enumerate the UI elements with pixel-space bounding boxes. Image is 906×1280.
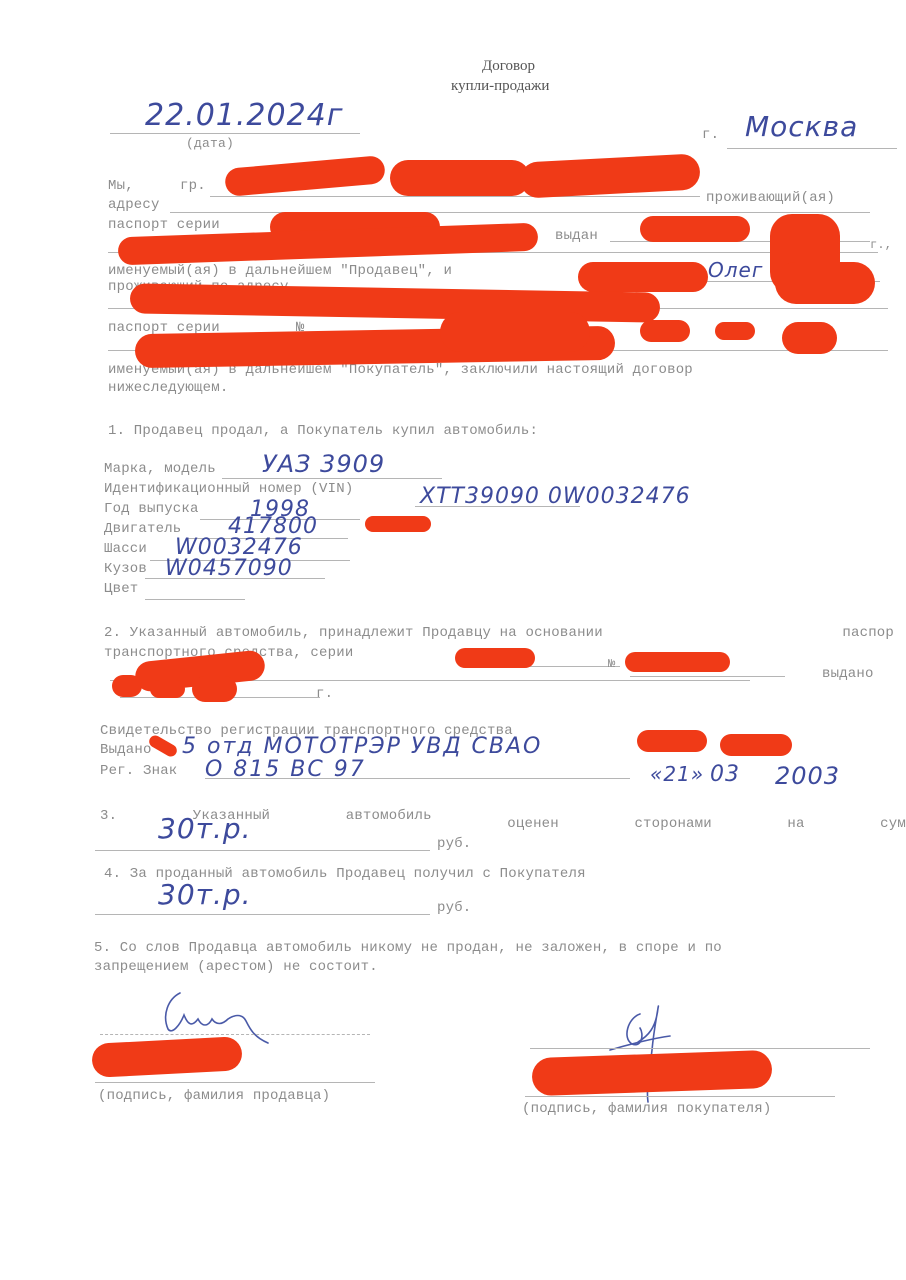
- redaction-mark: [519, 153, 701, 198]
- pts-issued-label: выдано: [822, 666, 874, 682]
- redaction-mark: [440, 312, 590, 352]
- we-label: Мы,: [108, 178, 134, 194]
- date-label: (дата): [186, 136, 234, 151]
- section3-word: сум: [880, 816, 906, 832]
- plate-label: Рег. Знак: [100, 763, 177, 779]
- seller-signature-label: (подпись, фамилия продавца): [98, 1088, 330, 1104]
- make-model-value: УАЗ 3909: [262, 450, 385, 478]
- buyer-signature-label: (подпись, фамилия покупателя): [522, 1101, 771, 1117]
- passport-series-label: паспорт серии: [108, 217, 220, 233]
- pts-year-suffix: г.: [316, 686, 333, 702]
- chassis-label: Шасси: [104, 541, 147, 557]
- year-label: Год выпуска: [104, 501, 199, 517]
- body-label: Кузов: [104, 561, 147, 577]
- redaction-mark: [390, 160, 530, 196]
- seller-address-line: [170, 212, 870, 213]
- buyer-name-line: [525, 1096, 835, 1097]
- date-underline: [110, 133, 360, 134]
- city-underline: [727, 148, 897, 149]
- section3-number: 3.: [100, 808, 117, 832]
- make-model-line: [222, 478, 442, 479]
- redaction-mark: [625, 652, 730, 672]
- payment-currency: руб.: [437, 900, 471, 916]
- color-label: Цвет: [104, 581, 138, 597]
- redaction-mark: [91, 1036, 243, 1078]
- address-label: адресу: [108, 197, 160, 213]
- document-title-line2: купли-продажи: [451, 78, 549, 95]
- seller-name-line: [95, 1082, 375, 1083]
- section3-word: автомобиль: [346, 808, 432, 832]
- section5-line2: запрещением (арестом) не состоит.: [94, 959, 378, 975]
- city-prefix: г.: [702, 127, 719, 143]
- cert-date-day: «21»: [650, 762, 704, 786]
- redaction-mark: [455, 648, 535, 668]
- redaction-mark: [640, 216, 750, 242]
- redaction-mark: [640, 320, 690, 342]
- redaction-mark: [637, 730, 707, 752]
- buyer-name-partial: Олег: [708, 258, 763, 282]
- payment-line: [95, 914, 430, 915]
- make-model-label: Марка, модель: [104, 461, 216, 477]
- engine-label: Двигатель: [104, 521, 181, 537]
- valuation-line: [95, 850, 430, 851]
- vin-line: [415, 506, 580, 507]
- passport-year-suffix: г.,: [870, 238, 892, 252]
- valuation-amount: 30т.р.: [158, 812, 252, 845]
- cert-date-month: 03: [710, 762, 740, 787]
- redaction-mark: [715, 322, 755, 340]
- seller-signature-line: [100, 1034, 370, 1035]
- section3-word: на: [787, 816, 804, 832]
- section5-line1: 5. Со слов Продавца автомобиль никому не…: [94, 940, 722, 956]
- pts-number-label: №: [608, 657, 615, 671]
- city-value: Москва: [745, 110, 858, 143]
- section2-line1: 2. Указанный автомобиль, принадлежит Про…: [104, 625, 894, 641]
- section2-line1-end: паспор: [842, 625, 894, 641]
- redaction-mark: [531, 1050, 772, 1096]
- body-line: [145, 578, 325, 579]
- cert-date-year: 2003: [775, 762, 840, 790]
- redaction-mark: [720, 734, 792, 756]
- residing-label: проживающий(ая): [706, 190, 835, 206]
- redaction-mark: [578, 262, 708, 292]
- pts-number-line: [630, 676, 785, 677]
- buyer-signature-line: [530, 1048, 870, 1049]
- seller-name-line: [210, 196, 700, 197]
- section2-line1-text: 2. Указанный автомобиль, принадлежит Про…: [104, 625, 603, 641]
- redaction-mark: [150, 680, 185, 698]
- redaction-mark: [775, 262, 875, 304]
- section3-word: оценен: [507, 816, 559, 832]
- payment-amount: 30т.р.: [158, 878, 252, 911]
- color-line: [145, 599, 245, 600]
- redaction-mark: [782, 322, 837, 354]
- passport-issued-label: выдан: [555, 228, 598, 244]
- issued-by-label: Выдано: [100, 742, 152, 758]
- vin-label: Идентификационный номер (VIN): [104, 481, 353, 497]
- plate-line: [205, 778, 630, 779]
- contract-date-value: 22.01.2024г: [145, 98, 344, 133]
- redaction-mark: [224, 155, 386, 197]
- redaction-mark: [365, 516, 431, 532]
- following-text: нижеследующем.: [108, 380, 228, 396]
- section1-heading: 1. Продавец продал, а Покупатель купил а…: [108, 423, 538, 439]
- seller-named-text: именуемый(ая) в дальнейшем "Продавец", и: [108, 263, 452, 279]
- section3-word: сторонами: [634, 816, 711, 832]
- valuation-currency: руб.: [437, 836, 471, 852]
- redaction-mark: [192, 676, 237, 702]
- issued-by-value: 5 отд МОТОТРЭР УВД СВАО: [182, 734, 542, 759]
- document-title-line1: Договор: [482, 58, 535, 75]
- redaction-mark: [112, 675, 142, 697]
- citizen-label: гр.: [180, 178, 206, 194]
